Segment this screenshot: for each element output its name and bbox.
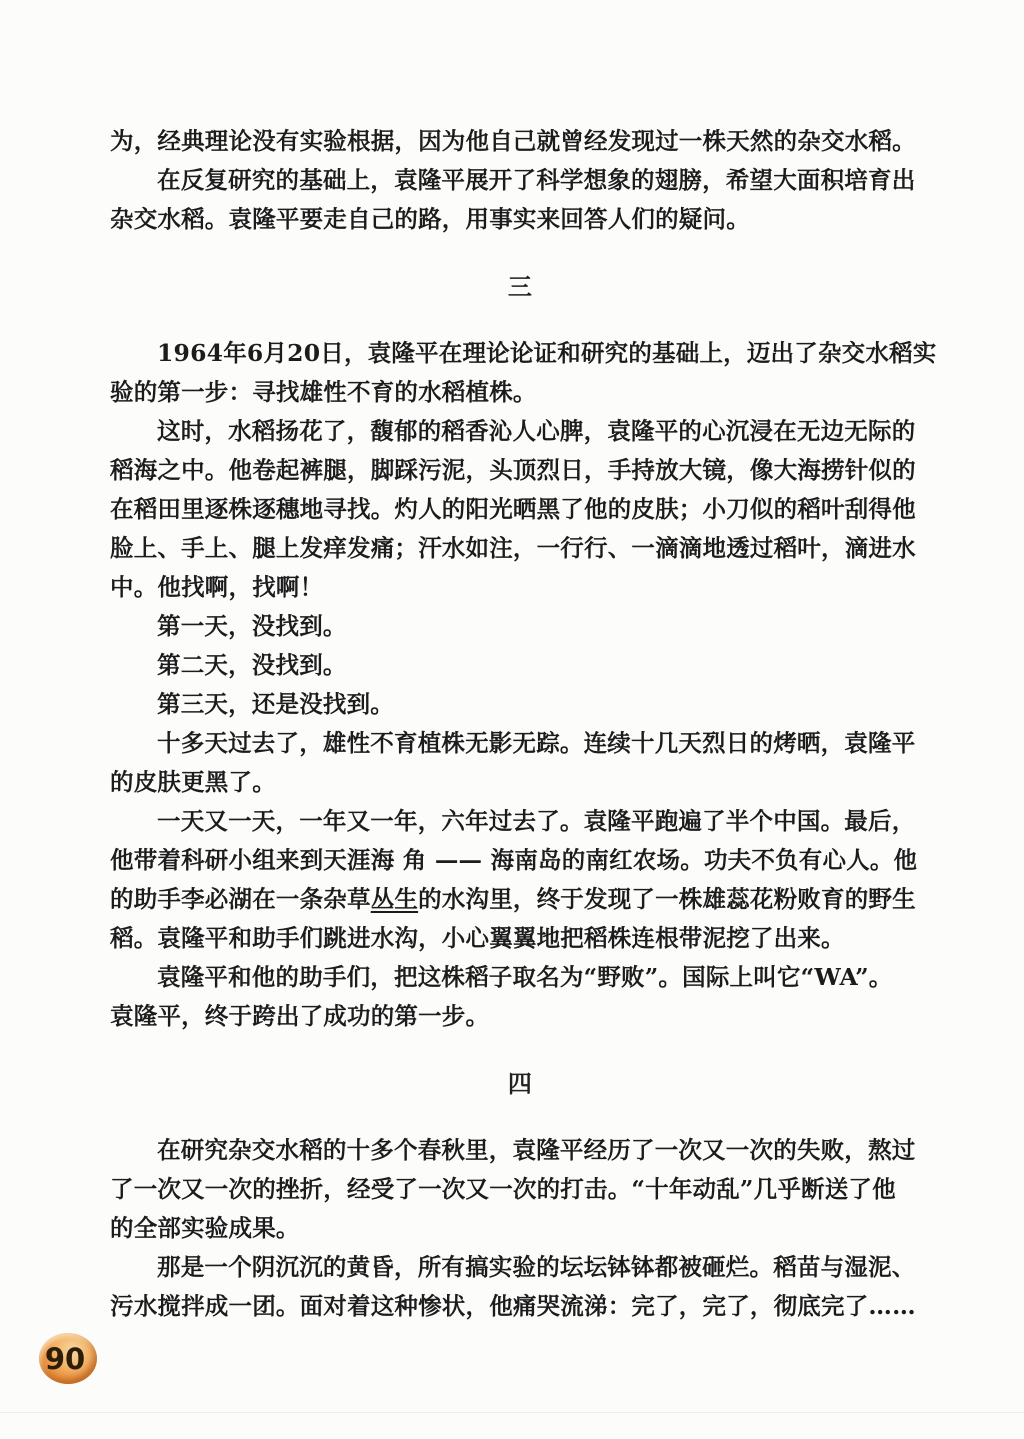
text-body: 为，经典理论没有实验根据，因为他自己就曾经发现过一株天然的杂交水稻。在反复研究的… [110,122,930,1326]
para-3: 1964年6月20日，袁隆平在理论论证和研究的基础上，迈出了杂交水稻实验的第一步… [110,334,930,412]
text-line: 1964年6月20日，袁隆平在理论论证和研究的基础上，迈出了杂交水稻实 [110,334,930,373]
para-7: 第三天，还是没找到。 [110,685,930,724]
section-heading-4: 四 [110,1064,930,1103]
text-line: 的助手李必湖在一条杂草丛生的水沟里，终于发现了一株雄蕊花粉败育的野生 [110,880,930,919]
page-number-badge: 90 [39,1333,97,1384]
text-line: 稻。袁隆平和助手们跳进水沟，小心翼翼地把稻株连根带泥挖了出来。 [110,919,930,958]
para-2: 在反复研究的基础上，袁隆平展开了科学想象的翅膀，希望大面积培育出杂交水稻。袁隆平… [110,161,930,239]
text-line: 一天又一天，一年又一年，六年过去了。袁隆平跑遍了半个中国。最后， [110,802,930,841]
text-line: 在研究杂交水稻的十多个春秋里，袁隆平经历了一次又一次的失败，熬过 [110,1131,930,1170]
text-line: 的全部实验成果。 [110,1209,930,1248]
text-line: 为，经典理论没有实验根据，因为他自己就曾经发现过一株天然的杂交水稻。 [110,122,930,161]
text-line: 在反复研究的基础上，袁隆平展开了科学想象的翅膀，希望大面积培育出 [110,161,930,200]
text-line: 了一次又一次的挫折，经受了一次又一次的打击。“十年动乱”几乎断送了他 [110,1170,930,1209]
text-line: 在稻田里逐株逐穗地寻找。灼人的阳光晒黑了他的皮肤；小刀似的稻叶刮得他 [110,490,930,529]
para-4: 这时，水稻扬花了，馥郁的稻香沁人心脾，袁隆平的心沉浸在无边无际的稻海之中。他卷起… [110,412,930,607]
para-11: 在研究杂交水稻的十多个春秋里，袁隆平经历了一次又一次的失败，熬过了一次又一次的挫… [110,1131,930,1248]
section-heading-3: 三 [110,267,930,306]
text-line: 那是一个阴沉沉的黄昏，所有搞实验的坛坛钵钵都被砸烂。稻苗与湿泥、 [110,1248,930,1287]
para-8: 十多天过去了，雄性不育植株无影无踪。连续十几天烈日的烤晒，袁隆平的皮肤更黑了。 [110,724,930,802]
text-line: 这时，水稻扬花了，馥郁的稻香沁人心脾，袁隆平的心沉浸在无边无际的 [110,412,930,451]
para-12: 那是一个阴沉沉的黄昏，所有搞实验的坛坛钵钵都被砸烂。稻苗与湿泥、污水搅拌成一团。… [110,1248,930,1326]
text-line: 第一天，没找到。 [110,607,930,646]
para-5: 第一天，没找到。 [110,607,930,646]
para-10: 袁隆平和他的助手们，把这株稻子取名为“野败”。国际上叫它“WA”。袁隆平，终于跨… [110,958,930,1036]
text-line: 第三天，还是没找到。 [110,685,930,724]
text-line: 中。他找啊，找啊！ [110,568,930,607]
text-line: 杂交水稻。袁隆平要走自己的路，用事实来回答人们的疑问。 [110,200,930,239]
scan-edge-line [0,1412,1024,1413]
text-line: 他带着科研小组来到天涯海 角 —— 海南岛的南红农场。功夫不负有心人。他 [110,841,930,880]
para-6: 第二天，没找到。 [110,646,930,685]
textbook-page: 为，经典理论没有实验根据，因为他自己就曾经发现过一株天然的杂交水稻。在反复研究的… [0,0,1024,1439]
text-line: 污水搅拌成一团。面对着这种惨状，他痛哭流涕：完了，完了，彻底完了…… [110,1287,930,1326]
para-1: 为，经典理论没有实验根据，因为他自己就曾经发现过一株天然的杂交水稻。 [110,122,930,161]
text-line: 脸上、手上、腿上发痒发痛；汗水如注，一行行、一滴滴地透过稻叶，滴进水 [110,529,930,568]
text-line: 第二天，没找到。 [110,646,930,685]
text-line: 十多天过去了，雄性不育植株无影无踪。连续十几天烈日的烤晒，袁隆平 [110,724,930,763]
text-line: 袁隆平，终于跨出了成功的第一步。 [110,997,930,1036]
page-number: 90 [45,1342,85,1376]
text-line: 的皮肤更黑了。 [110,763,930,802]
text-line: 验的第一步：寻找雄性不育的水稻植株。 [110,373,930,412]
para-9: 一天又一天，一年又一年，六年过去了。袁隆平跑遍了半个中国。最后，他带着科研小组来… [110,802,930,958]
text-line: 袁隆平和他的助手们，把这株稻子取名为“野败”。国际上叫它“WA”。 [110,958,930,997]
underlined-vocab: 丛生 [371,885,418,913]
text-line: 稻海之中。他卷起裤腿，脚踩污泥，头顶烈日，手持放大镜，像大海捞针似的 [110,451,930,490]
